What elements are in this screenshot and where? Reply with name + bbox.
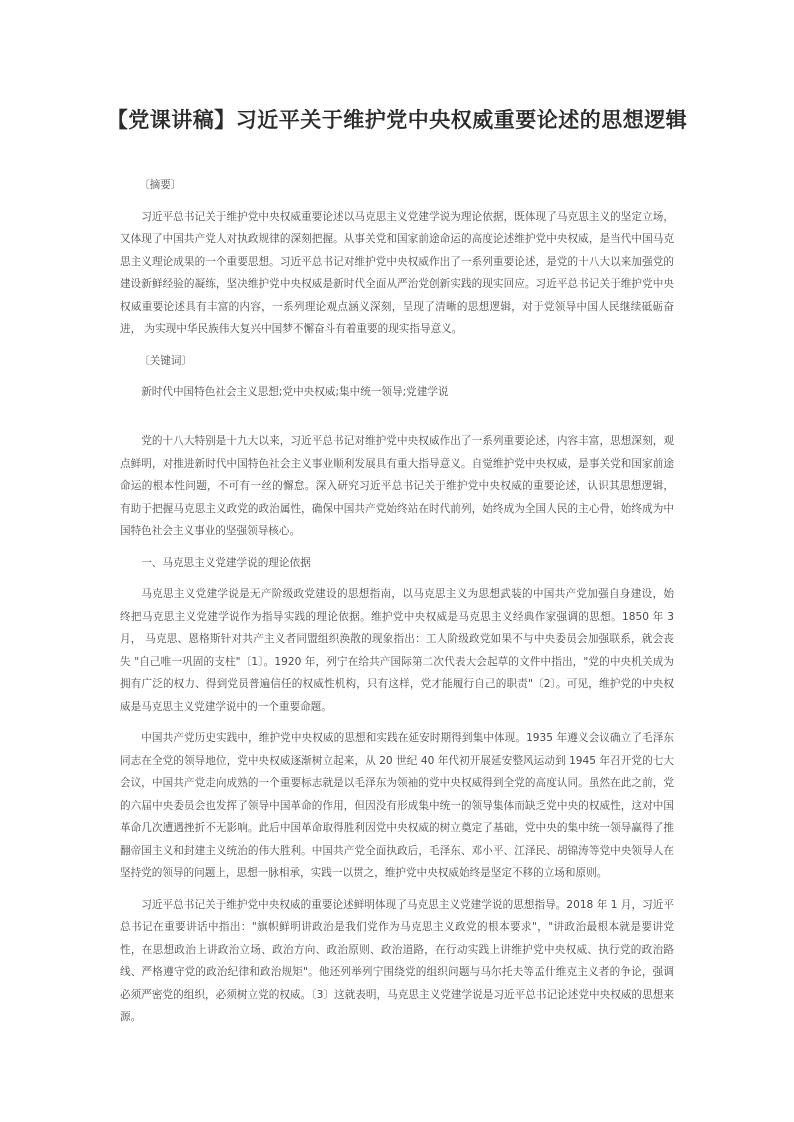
document-page: 【党课讲稿】习近平关于维护党中央权威重要论述的思想逻辑 〔摘要〕 习近平总书记关…	[0, 0, 794, 1122]
section-1-paragraph-2: 中国共产党历史实践中，维护党中央权威的思想和实践在延安时期得到集中体现。1935…	[120, 727, 674, 885]
abstract-block: 〔摘要〕 习近平总书记关于维护党中央权威重要论述以马克思主义党建学说为理论依据，…	[120, 174, 674, 404]
section-1-heading: 一、马克思主义党建学说的理论依据	[120, 552, 674, 575]
section-1-paragraph-3: 习近平总书记关于维护党中央权威的重要论述鲜明体现了马克思主义党建学说的思想指导。…	[120, 894, 674, 1029]
main-body: 党的十八大特别是十九大以来，习近平总书记对维护党中央权威作出了一系列重要论述，内…	[120, 430, 674, 1029]
abstract-label: 〔摘要〕	[120, 174, 674, 197]
document-title: 【党课讲稿】习近平关于维护党中央权威重要论述的思想逻辑	[0, 104, 794, 134]
section-1-paragraph-1: 马克思主义党建学说是无产阶级政党建设的思想指南，以马克思主义为思想武装的中国共产…	[120, 583, 674, 718]
keywords-text: 新时代中国特色社会主义思想;党中央权威;集中统一领导;党建学说	[120, 381, 674, 404]
intro-paragraph: 党的十八大特别是十九大以来，习近平总书记对维护党中央权威作出了一系列重要论述，内…	[120, 430, 674, 543]
keywords-label: 〔关键词〕	[120, 350, 674, 373]
abstract-paragraph: 习近平总书记关于维护党中央权威重要论述以马克思主义党建学说为理论依据，既体现了马…	[120, 206, 674, 341]
